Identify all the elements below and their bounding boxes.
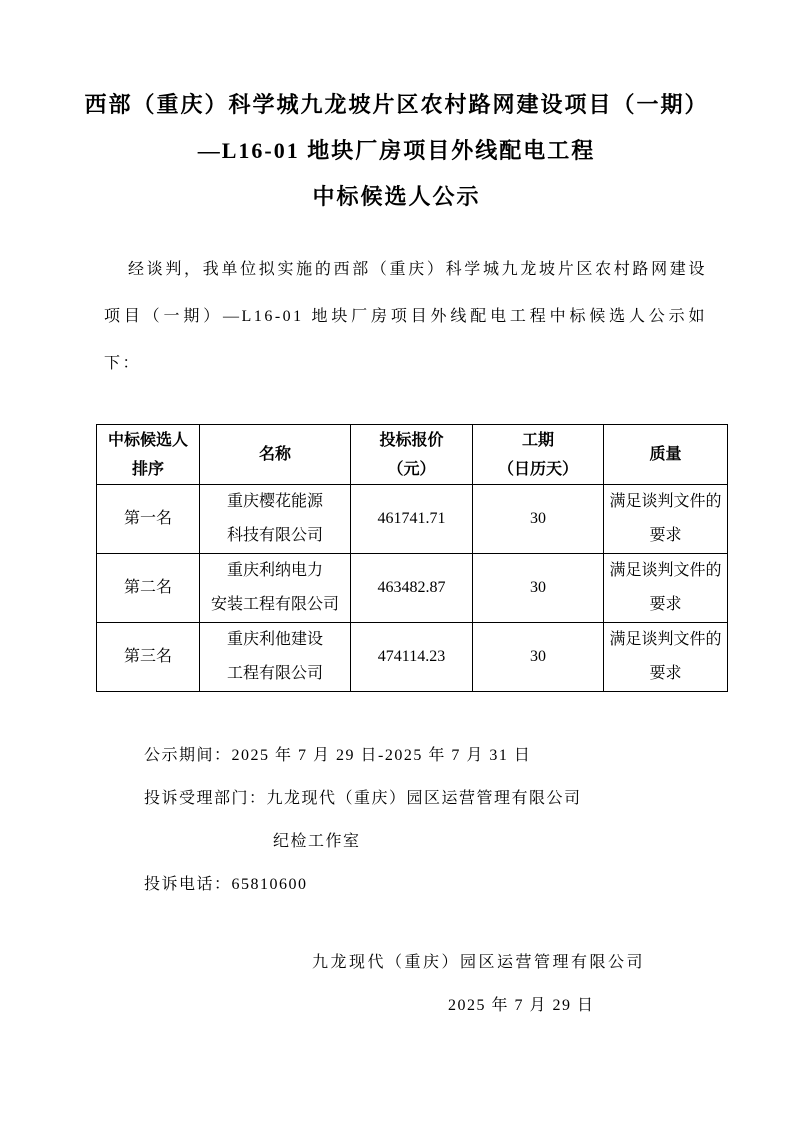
table-row: 第一名 重庆樱花能源 科技有限公司 461741.71 30 满足谈判文件的 要… xyxy=(97,485,728,554)
cell-rank: 第二名 xyxy=(97,554,200,623)
cell-rank: 第三名 xyxy=(97,623,200,692)
cell-duration: 30 xyxy=(473,554,604,623)
cell-rank: 第一名 xyxy=(97,485,200,554)
cell-quality: 满足谈判文件的 要求 xyxy=(604,554,728,623)
cell-quality: 满足谈判文件的 要求 xyxy=(604,485,728,554)
signature-date: 2025 年 7 月 29 日 xyxy=(0,984,793,1027)
header-cell-name: 名称 xyxy=(200,425,351,485)
cell-company-name: 重庆樱花能源 科技有限公司 xyxy=(200,485,351,554)
header-cell-quality: 质量 xyxy=(604,425,728,485)
complaint-phone: 投诉电话：65810600 xyxy=(0,863,793,906)
cell-quality: 满足谈判文件的 要求 xyxy=(604,623,728,692)
signature-block: 九龙现代（重庆）园区运营管理有限公司 2025 年 7 月 29 日 xyxy=(0,941,793,1027)
title-line-3: 中标候选人公示 xyxy=(0,174,793,220)
cell-duration: 30 xyxy=(473,623,604,692)
complaint-department: 投诉受理部门：九龙现代（重庆）园区运营管理有限公司 xyxy=(0,777,793,820)
publicity-period: 公示期间：2025 年 7 月 29 日-2025 年 7 月 31 日 xyxy=(0,734,793,777)
table-row: 第三名 重庆利他建设 工程有限公司 474114.23 30 满足谈判文件的 要… xyxy=(97,623,728,692)
header-cell-rank: 中标候选人 排序 xyxy=(97,425,200,485)
document-title: 西部（重庆）科学城九龙坡片区农村路网建设项目（一期） —L16-01 地块厂房项… xyxy=(0,0,793,220)
cell-bid-price: 461741.71 xyxy=(351,485,473,554)
bid-candidates-table: 中标候选人 排序 名称 投标报价 （元） 工期 （日历天） 质量 第一名 重庆樱… xyxy=(96,424,728,692)
table-row: 第二名 重庆利纳电力 安装工程有限公司 463482.87 30 满足谈判文件的… xyxy=(97,554,728,623)
intro-paragraph: 经谈判，我单位拟实施的西部（重庆）科学城九龙坡片区农村路网建设项目（一期）—L1… xyxy=(104,246,707,387)
cell-company-name: 重庆利纳电力 安装工程有限公司 xyxy=(200,554,351,623)
notice-block: 公示期间：2025 年 7 月 29 日-2025 年 7 月 31 日 投诉受… xyxy=(0,734,793,906)
document-page: 西部（重庆）科学城九龙坡片区农村路网建设项目（一期） —L16-01 地块厂房项… xyxy=(0,0,793,1122)
cell-company-name: 重庆利他建设 工程有限公司 xyxy=(200,623,351,692)
header-cell-duration: 工期 （日历天） xyxy=(473,425,604,485)
header-cell-price: 投标报价 （元） xyxy=(351,425,473,485)
signature-company: 九龙现代（重庆）园区运营管理有限公司 xyxy=(0,941,793,984)
cell-bid-price: 474114.23 xyxy=(351,623,473,692)
cell-duration: 30 xyxy=(473,485,604,554)
title-line-1: 西部（重庆）科学城九龙坡片区农村路网建设项目（一期） xyxy=(0,82,793,128)
cell-bid-price: 463482.87 xyxy=(351,554,473,623)
title-line-2: —L16-01 地块厂房项目外线配电工程 xyxy=(0,128,793,174)
complaint-department-continued: 纪检工作室 xyxy=(0,820,793,863)
table-header-row: 中标候选人 排序 名称 投标报价 （元） 工期 （日历天） 质量 xyxy=(97,425,728,485)
